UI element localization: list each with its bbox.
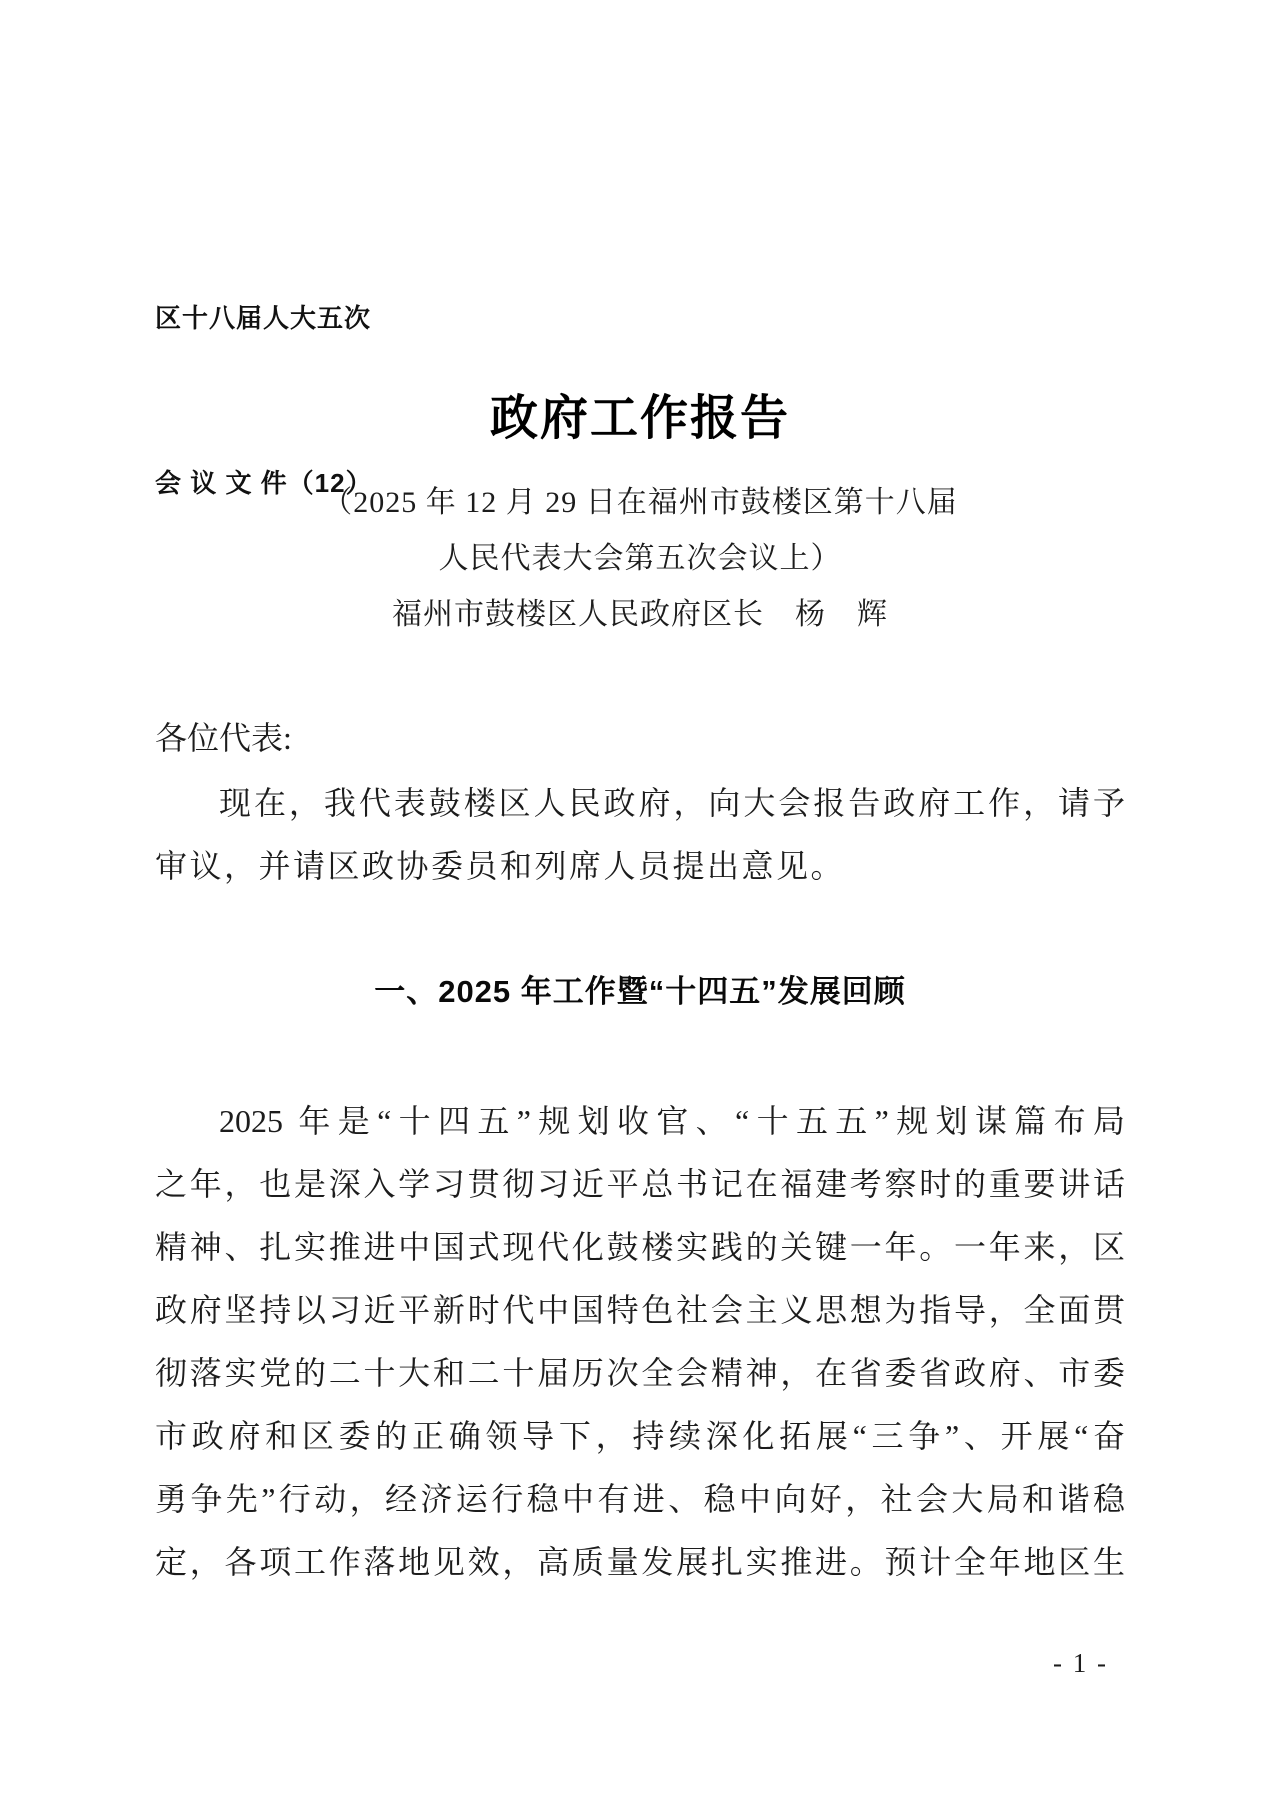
page-number: - 1 - — [1053, 1645, 1108, 1681]
paragraph-line: 2025 年是“十四五”规划收官、“十五五”规划谋篇布局 — [155, 1090, 1125, 1153]
salutation: 各位代表: — [155, 715, 292, 761]
paragraph-line: 现在，我代表鼓楼区人民政府，向大会报告政府工作，请予 — [155, 772, 1125, 835]
paragraph-line: 政府坚持以习近平新时代中国特色社会主义思想为指导，全面贯 — [155, 1279, 1125, 1342]
opening-paragraph: 现在，我代表鼓楼区人民政府，向大会报告政府工作，请予 审议，并请区政协委员和列席… — [155, 772, 1125, 898]
section-heading: 一、2025 年工作暨“十四五”发展回顾 — [0, 968, 1280, 1016]
paragraph-line: 彻落实党的二十大和二十届历次全会精神，在省委省政府、市委 — [155, 1342, 1125, 1405]
doc-subtitle-line-1: （2025 年 12 月 29 日在福州市鼓楼区第十八届 — [0, 475, 1280, 531]
doc-title: 政府工作报告 — [0, 388, 1280, 450]
doc-subtitle: （2025 年 12 月 29 日在福州市鼓楼区第十八届 人民代表大会第五次会议… — [0, 475, 1280, 643]
main-paragraph: 2025 年是“十四五”规划收官、“十五五”规划谋篇布局 之年，也是深入学习贯彻… — [155, 1090, 1125, 1594]
paragraph-line: 精神、扎实推进中国式现代化鼓楼实践的关键一年。一年来，区 — [155, 1216, 1125, 1279]
paragraph-line: 勇争先”行动，经济运行稳中有进、稳中向好，社会大局和谐稳 — [155, 1468, 1125, 1531]
paragraph-line: 审议，并请区政协委员和列席人员提出意见。 — [155, 835, 1125, 898]
paragraph-line: 定，各项工作落地见效，高质量发展扎实推进。预计全年地区生 — [155, 1531, 1125, 1594]
doc-number-label-line-1: 区十八届人大五次 — [155, 291, 373, 346]
document-page: 区十八届人大五次 会 议 文 件（12） 政府工作报告 （2025 年 12 月… — [0, 0, 1280, 1795]
doc-subtitle-line-2: 人民代表大会第五次会议上） — [0, 531, 1280, 587]
paragraph-line: 市政府和区委的正确领导下，持续深化拓展“三争”、开展“奋 — [155, 1405, 1125, 1468]
doc-presenter-line: 福州市鼓楼区人民政府区长 杨 辉 — [0, 587, 1280, 643]
paragraph-line: 之年，也是深入学习贯彻习近平总书记在福建考察时的重要讲话 — [155, 1153, 1125, 1216]
